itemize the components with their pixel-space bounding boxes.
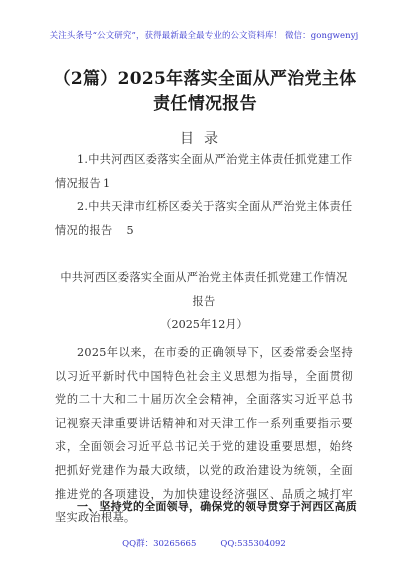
toc-heading: 目录 xyxy=(0,128,408,148)
document-title: （2篇）2025年落实全面从严治党主体责任情况报告 xyxy=(50,67,360,117)
toc-item-label: 1.中共河西区委落实全面从严治党主体责任抓党建工作情况报告 xyxy=(55,153,353,190)
table-of-contents: 1.中共河西区委落实全面从严治党主体责任抓党建工作情况报告1 2.中共天津市红桥… xyxy=(55,148,353,242)
toc-item[interactable]: 1.中共河西区委落实全面从严治党主体责任抓党建工作情况报告1 xyxy=(55,148,353,195)
toc-item[interactable]: 2.中共天津市红桥区委关于落实全面从严治党主体责任情况的报告5 xyxy=(55,195,353,242)
document-page: 关注头条号“公文研究”，获得最新最全最专业的公文资料库！ 微信：gongweny… xyxy=(0,0,408,580)
qq-account-number: QQ:535304092 xyxy=(220,539,285,549)
toc-item-page: 1 xyxy=(103,177,110,190)
section-subheading: 一、坚持党的全面领导，确保党的领导贯穿于河西区高质 xyxy=(55,498,353,514)
section-title: 中共河西区委落实全面从严治党主体责任抓党建工作情况报告 xyxy=(55,266,353,313)
header-promo-banner: 关注头条号“公文研究”，获得最新最全最专业的公文资料库！ 微信：gongweny… xyxy=(0,29,408,41)
section-date: （2025年12月） xyxy=(0,316,408,332)
qq-group-number: QQ群：30265665 xyxy=(122,539,196,549)
footer-contact-banner: QQ群：30265665QQ:535304092 xyxy=(0,537,408,549)
toc-item-page: 5 xyxy=(126,224,133,237)
toc-item-label: 2.中共天津市红桥区委关于落实全面从严治党主体责任情况的报告 xyxy=(55,200,353,237)
